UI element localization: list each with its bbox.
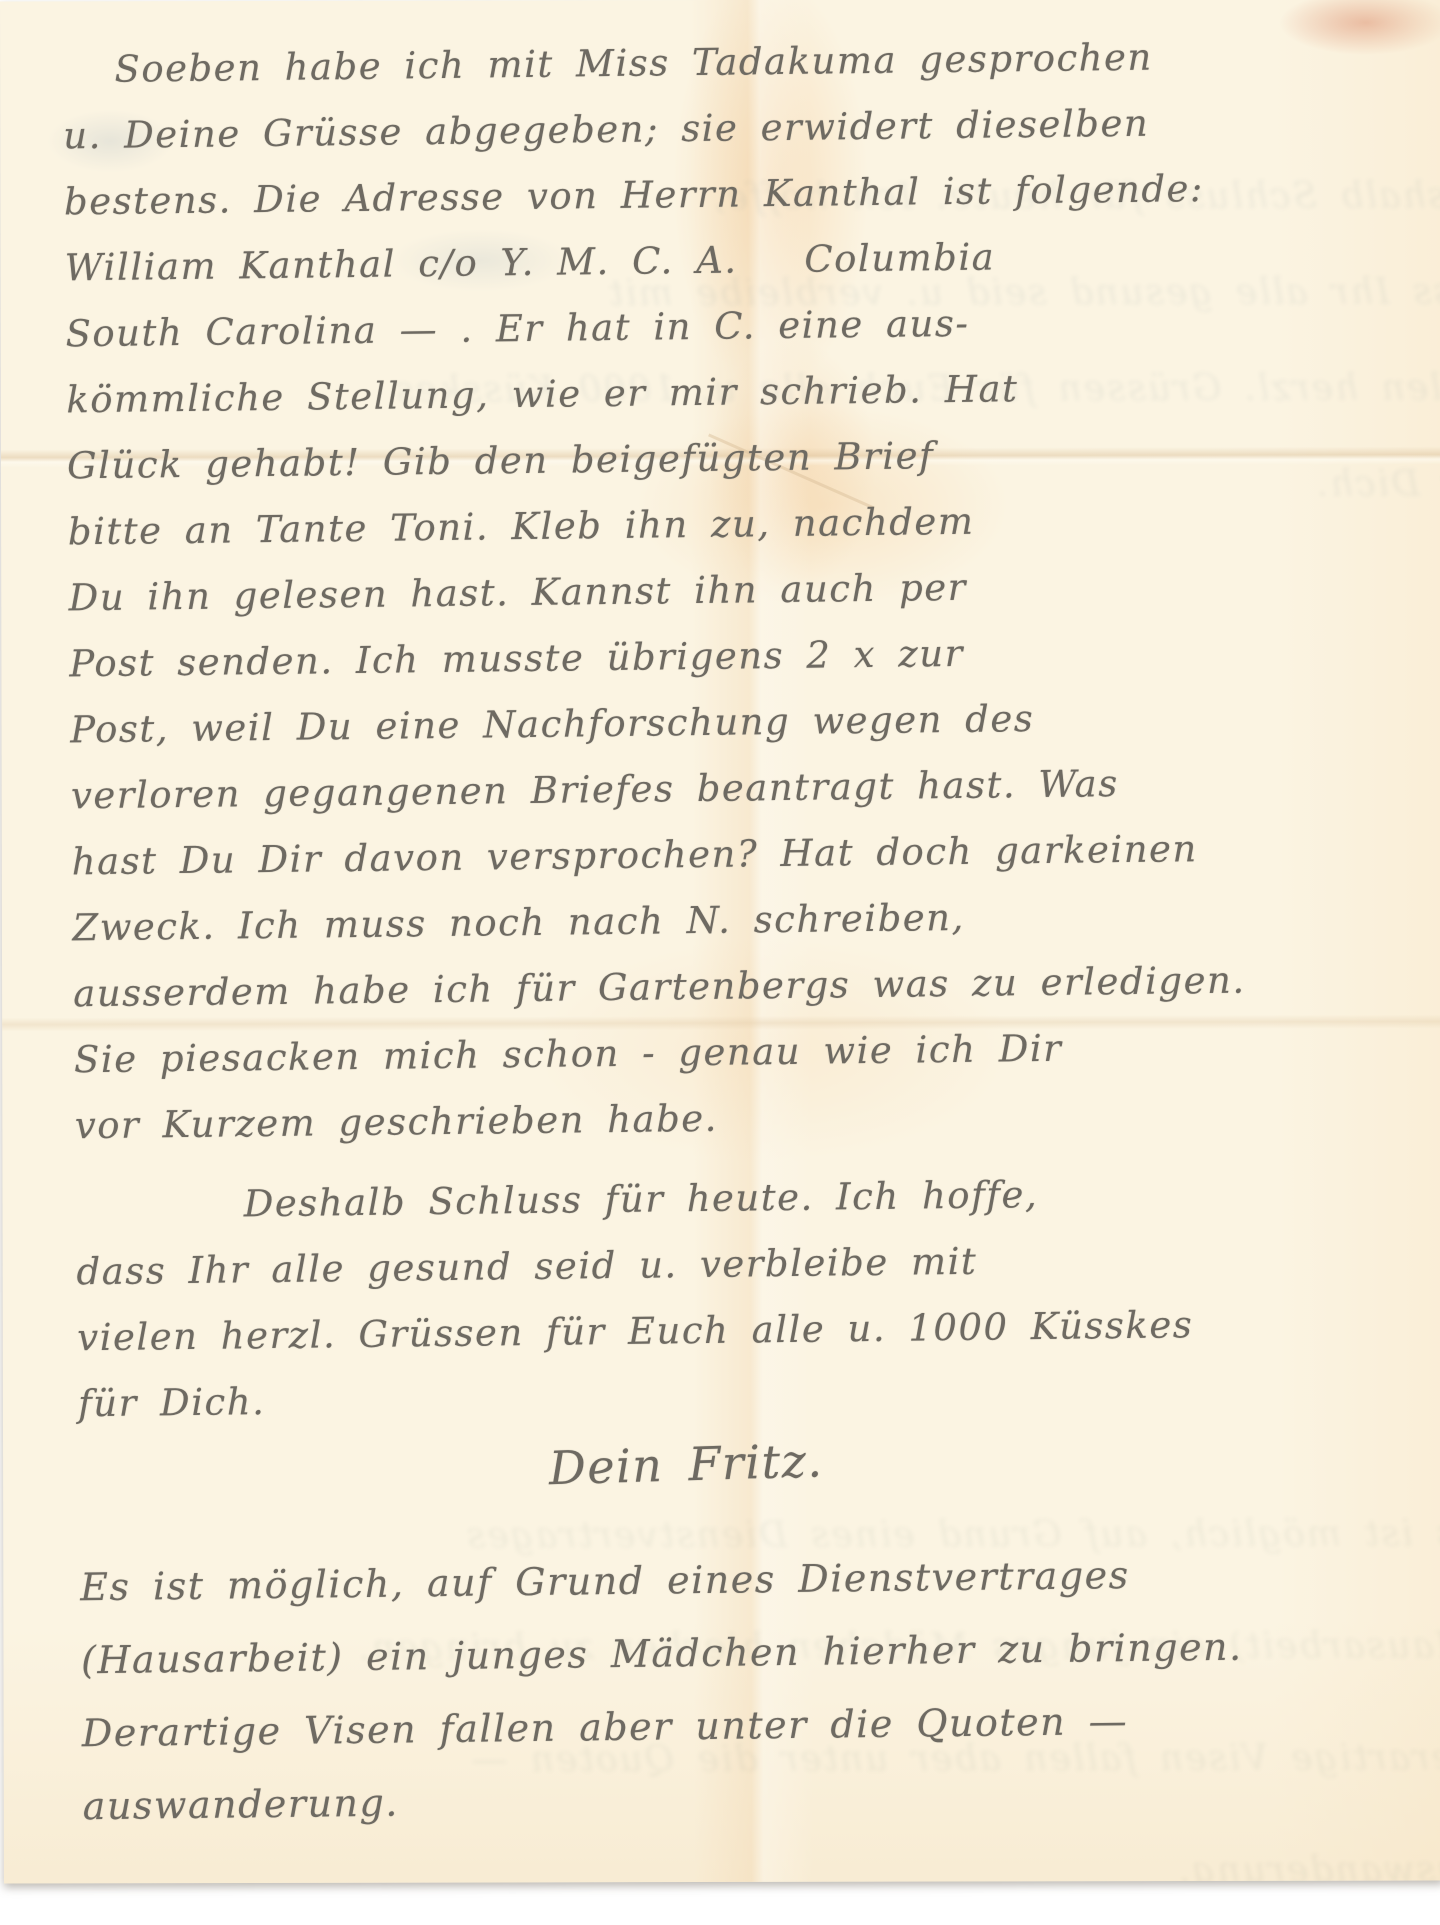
paragraph-closing: Deshalb Schluss für heute. Ich hoffe,das…: [75, 1158, 1408, 1438]
letter-paper: Deshalb Schluss für heute. Ich hoffe,das…: [0, 0, 1440, 1884]
handwriting-line: auswanderung.: [82, 1755, 1413, 1844]
handwriting-line: (Hausarbeit) ein junges Mädchen hierher …: [81, 1609, 1412, 1698]
paragraph-postscript: Es ist möglich, auf Grund eines Dienstve…: [80, 1536, 1413, 1844]
paragraph-main: Soeben habe ich mit Miss Tadakuma gespro…: [62, 22, 1405, 1159]
letter-body: Soeben habe ich mit Miss Tadakuma gespro…: [62, 22, 1413, 1843]
handwriting-line: vor Kurzem geschrieben habe.: [74, 1078, 1405, 1160]
scanned-letter-page: Deshalb Schluss für heute. Ich hoffe,das…: [0, 0, 1440, 1925]
